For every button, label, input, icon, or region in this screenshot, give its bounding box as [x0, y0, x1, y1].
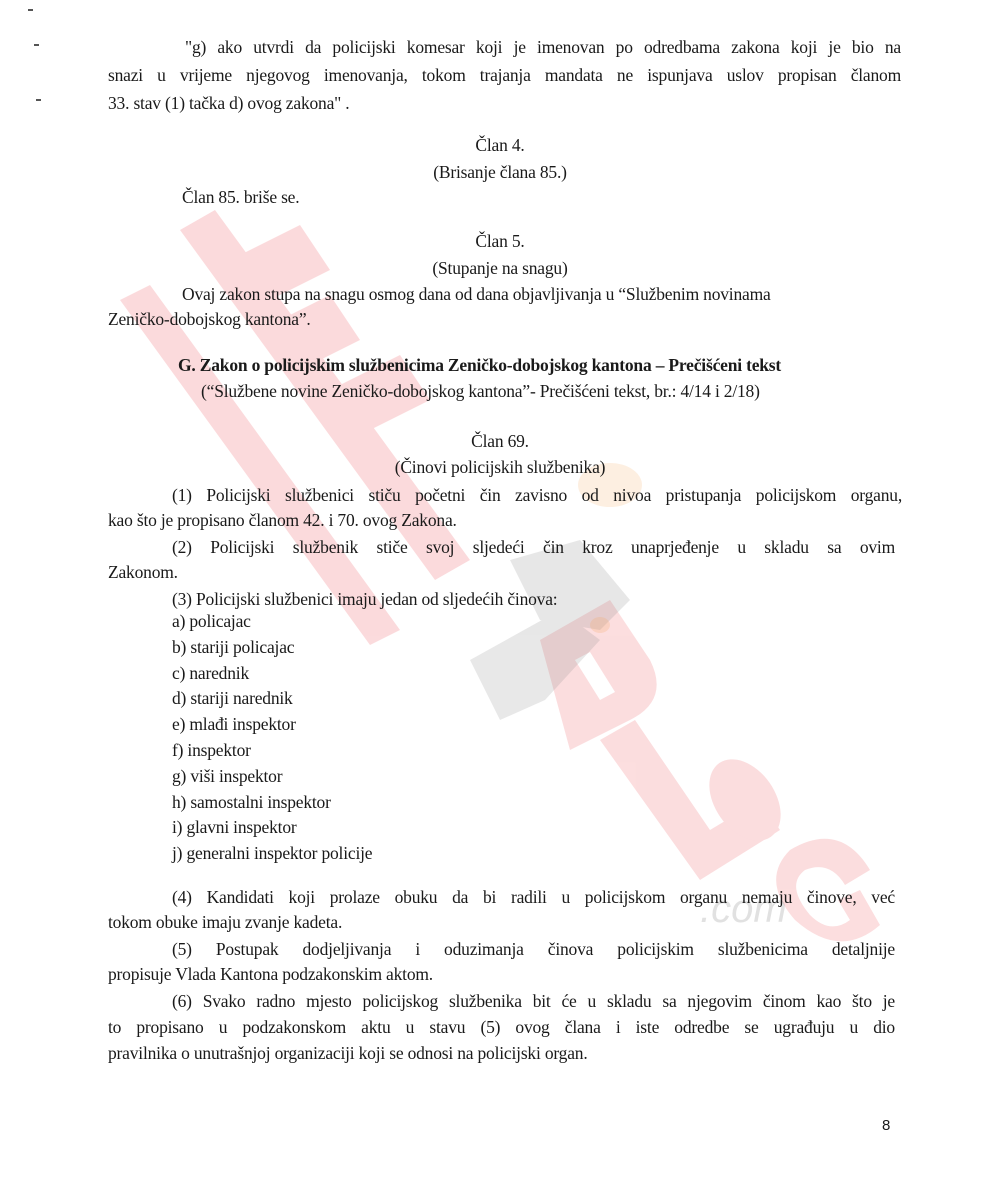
rank-item: f) inspektor: [172, 739, 251, 761]
clan69-p4-line1: (4) Kandidati koji prolaze obuku da bi r…: [172, 886, 895, 908]
rank-item: i) glavni inspektor: [172, 816, 297, 838]
clan5-heading: Član 5.: [0, 230, 1000, 252]
rank-item: a) policajac: [172, 610, 251, 632]
document-page: "g) ako utvrdi da policijski komesar koj…: [0, 0, 1000, 1185]
clan69-p6-line1: (6) Svako radno mjesto policijskog služb…: [172, 990, 895, 1012]
clan69-p1-line1: (1) Policijski službenici stiču početni …: [172, 484, 902, 506]
clan5-text-1: Ovaj zakon stupa na snagu osmog dana od …: [182, 283, 771, 305]
section-g-title: G. Zakon o policijskim službenicima Zeni…: [178, 354, 781, 376]
quote-line-2: snazi u vrijeme njegovog imenovanja, tok…: [108, 64, 901, 86]
clan69-p5-line1: (5) Postupak dodjeljivanja i oduzimanja …: [172, 938, 895, 960]
clan69-heading: Član 69.: [0, 430, 1000, 452]
clan5-subtitle: (Stupanje na snagu): [0, 257, 1000, 279]
rank-item: j) generalni inspektor policije: [172, 842, 372, 864]
page-number: 8: [882, 1117, 890, 1134]
clan69-p2-line2: Zakonom.: [108, 561, 178, 583]
clan4-subtitle: (Brisanje člana 85.): [0, 161, 1000, 183]
rank-item: d) stariji narednik: [172, 687, 293, 709]
clan4-text: Član 85. briše se.: [182, 186, 299, 208]
clan69-p6-line3: pravilnika o unutrašnjoj organizaciji ko…: [108, 1042, 588, 1064]
section-g-source: (“Službene novine Zeničko-dobojskog kant…: [201, 380, 760, 402]
clan69-p2-line1: (2) Policijski službenik stiče svoj slje…: [172, 536, 895, 558]
clan4-heading: Član 4.: [0, 134, 1000, 156]
rank-item: h) samostalni inspektor: [172, 791, 331, 813]
clan69-p1-line2: kao što je propisano članom 42. i 70. ov…: [108, 509, 457, 531]
clan69-p3-intro: (3) Policijski službenici imaju jedan od…: [172, 588, 557, 610]
clan69-subtitle: (Činovi policijskih službenika): [0, 456, 1000, 478]
clan5-text-2: Zeničko-dobojskog kantona”.: [108, 308, 311, 330]
quote-line-1: "g) ako utvrdi da policijski komesar koj…: [185, 36, 901, 58]
rank-item: e) mlađi inspektor: [172, 713, 296, 735]
rank-item: g) viši inspektor: [172, 765, 282, 787]
clan69-p4-line2: tokom obuke imaju zvanje kadeta.: [108, 911, 342, 933]
quote-line-3: 33. stav (1) tačka d) ovog zakona" .: [108, 92, 349, 114]
rank-item: c) narednik: [172, 662, 249, 684]
rank-item: b) stariji policajac: [172, 636, 294, 658]
clan69-p5-line2: propisuje Vlada Kantona podzakonskim akt…: [108, 963, 433, 985]
clan69-p6-line2: to propisano u podzakonskom aktu u stavu…: [108, 1016, 895, 1038]
